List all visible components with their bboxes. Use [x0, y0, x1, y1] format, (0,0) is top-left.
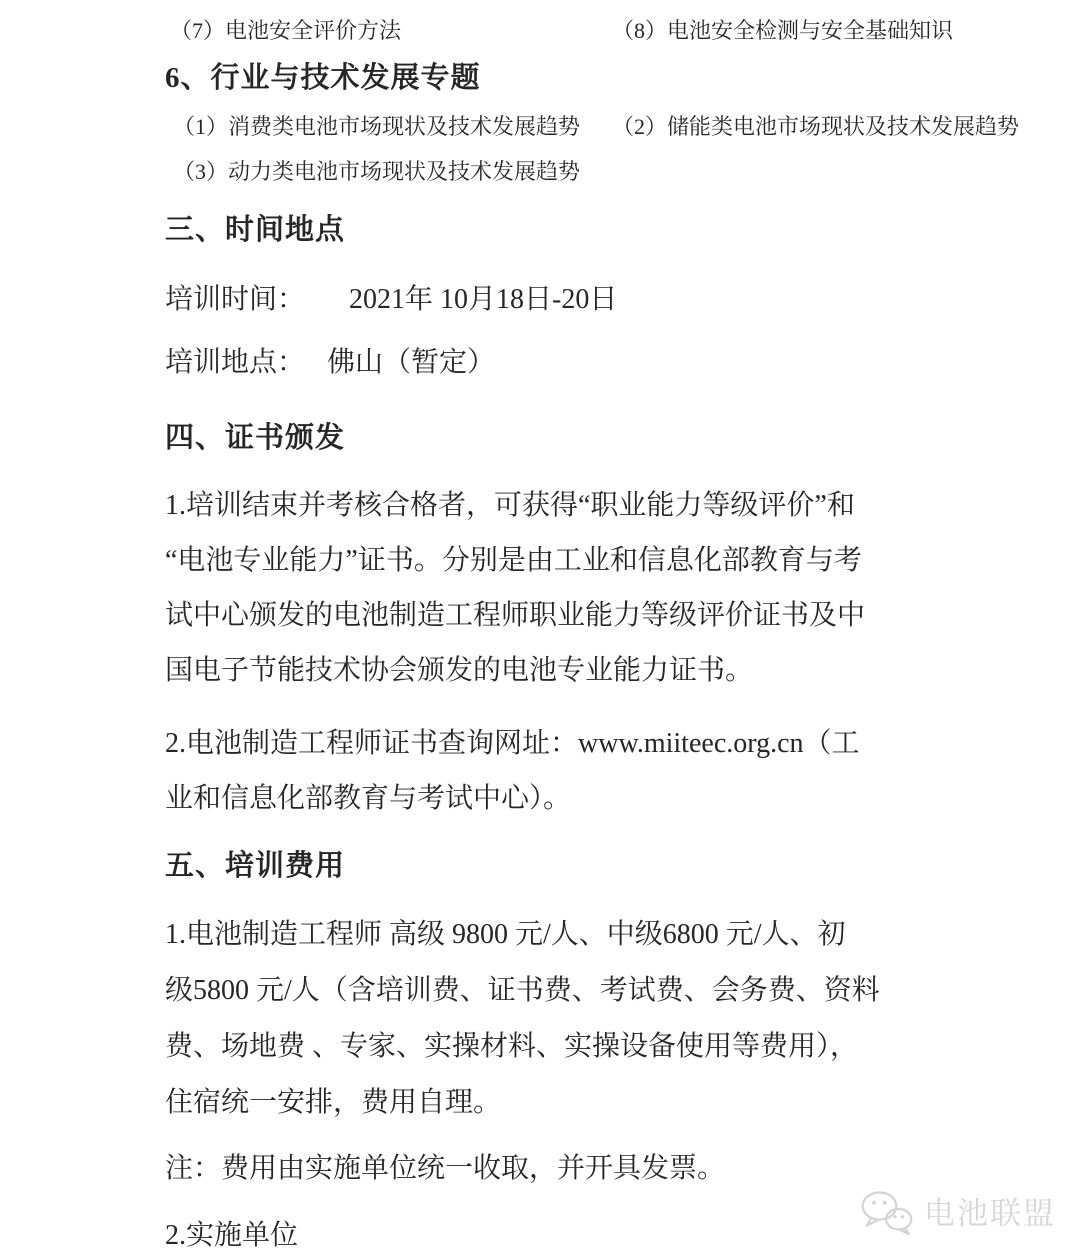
topic-row-7-8: （7）电池安全评价方法 （8）电池安全检测与安全基础知识: [165, 16, 1055, 46]
fee-para1-line-2: 级5800 元/人（含培训费、证书费、考试费、会务费、资料: [165, 963, 965, 1019]
wechat-icon: [859, 1190, 915, 1237]
document-content: （7）电池安全评价方法 （8）电池安全检测与安全基础知识 6、行业与技术发展专题…: [0, 0, 1080, 1253]
certificate-paragraph-2: 2.电池制造工程师证书查询网址：www.miiteec.org.cn（工 业和信…: [165, 716, 965, 826]
fee-paragraph-1: 1.电池制造工程师 高级 9800 元/人、中级6800 元/人、初 级5800…: [165, 907, 965, 1131]
training-time-label: 培训时间：: [165, 284, 305, 315]
certificate-paragraph-1: 1.培训结束并考核合格者，可获得“职业能力等级评价”和 “电池专业能力”证书。分…: [165, 478, 965, 698]
watermark-label: 电池联盟: [924, 1193, 1056, 1235]
section-6-title: 6、行业与技术发展专题: [165, 60, 1055, 96]
certificate-para1-line-3: 试中心颁发的电池制造工程师职业能力等级评价证书及中: [165, 588, 965, 643]
topic-row-1-2: （1）消费类电池市场现状及技术发展趋势 （2）储能类电池市场现状及技术发展趋势: [165, 112, 1055, 142]
certificate-para1-line-2: “电池专业能力”证书。分别是由工业和信息化部教育与考: [165, 533, 965, 588]
training-time-row: 培训时间：2021年 10月18日-20日: [165, 283, 1055, 317]
fee-para1-line-4: 住宿统一安排，费用自理。: [165, 1075, 965, 1131]
topic-item-2: （2）储能类电池市场现状及技术发展趋势: [612, 112, 1055, 142]
topic-item-7: （7）电池安全评价方法: [165, 16, 612, 46]
certificate-para1-line-4: 国电子节能技术协会颁发的电池专业能力证书。: [165, 643, 965, 698]
topic-item-8: （8）电池安全检测与安全基础知识: [612, 16, 1055, 46]
fee-para1-line-1: 1.电池制造工程师 高级 9800 元/人、中级6800 元/人、初: [165, 907, 965, 963]
section-fee-title: 五、培训费用: [165, 848, 1055, 884]
certificate-para2-line-1: 2.电池制造工程师证书查询网址：www.miiteec.org.cn（工: [165, 716, 965, 771]
topic-item-1: （1）消费类电池市场现状及技术发展趋势: [165, 112, 612, 142]
certificate-para2-line-2: 业和信息化部教育与考试中心）。: [165, 771, 965, 826]
training-place-label: 培训地点：: [165, 347, 305, 378]
topic-item-3: （3）动力类电池市场现状及技术发展趋势: [165, 157, 1055, 187]
training-place-value: 佛山（暂定）: [327, 346, 495, 380]
certificate-para1-line-1: 1.培训结束并考核合格者，可获得“职业能力等级评价”和: [165, 478, 965, 533]
document-page: （7）电池安全评价方法 （8）电池安全检测与安全基础知识 6、行业与技术发展专题…: [0, 0, 1080, 1256]
fee-note: 注：费用由实施单位统一收取，并开具发票。: [165, 1152, 1055, 1186]
section-certificate-title: 四、证书颁发: [165, 420, 1055, 456]
training-time-value: 2021年 10月18日-20日: [349, 283, 617, 317]
section-time-place-title: 三、时间地点: [165, 212, 1055, 248]
watermark: 电池联盟: [859, 1190, 1056, 1237]
fee-para1-line-3: 费、场地费 、专家、实操材料、实操设备使用等费用），: [165, 1019, 965, 1075]
training-place-row: 培训地点：佛山（暂定）: [165, 346, 1055, 380]
